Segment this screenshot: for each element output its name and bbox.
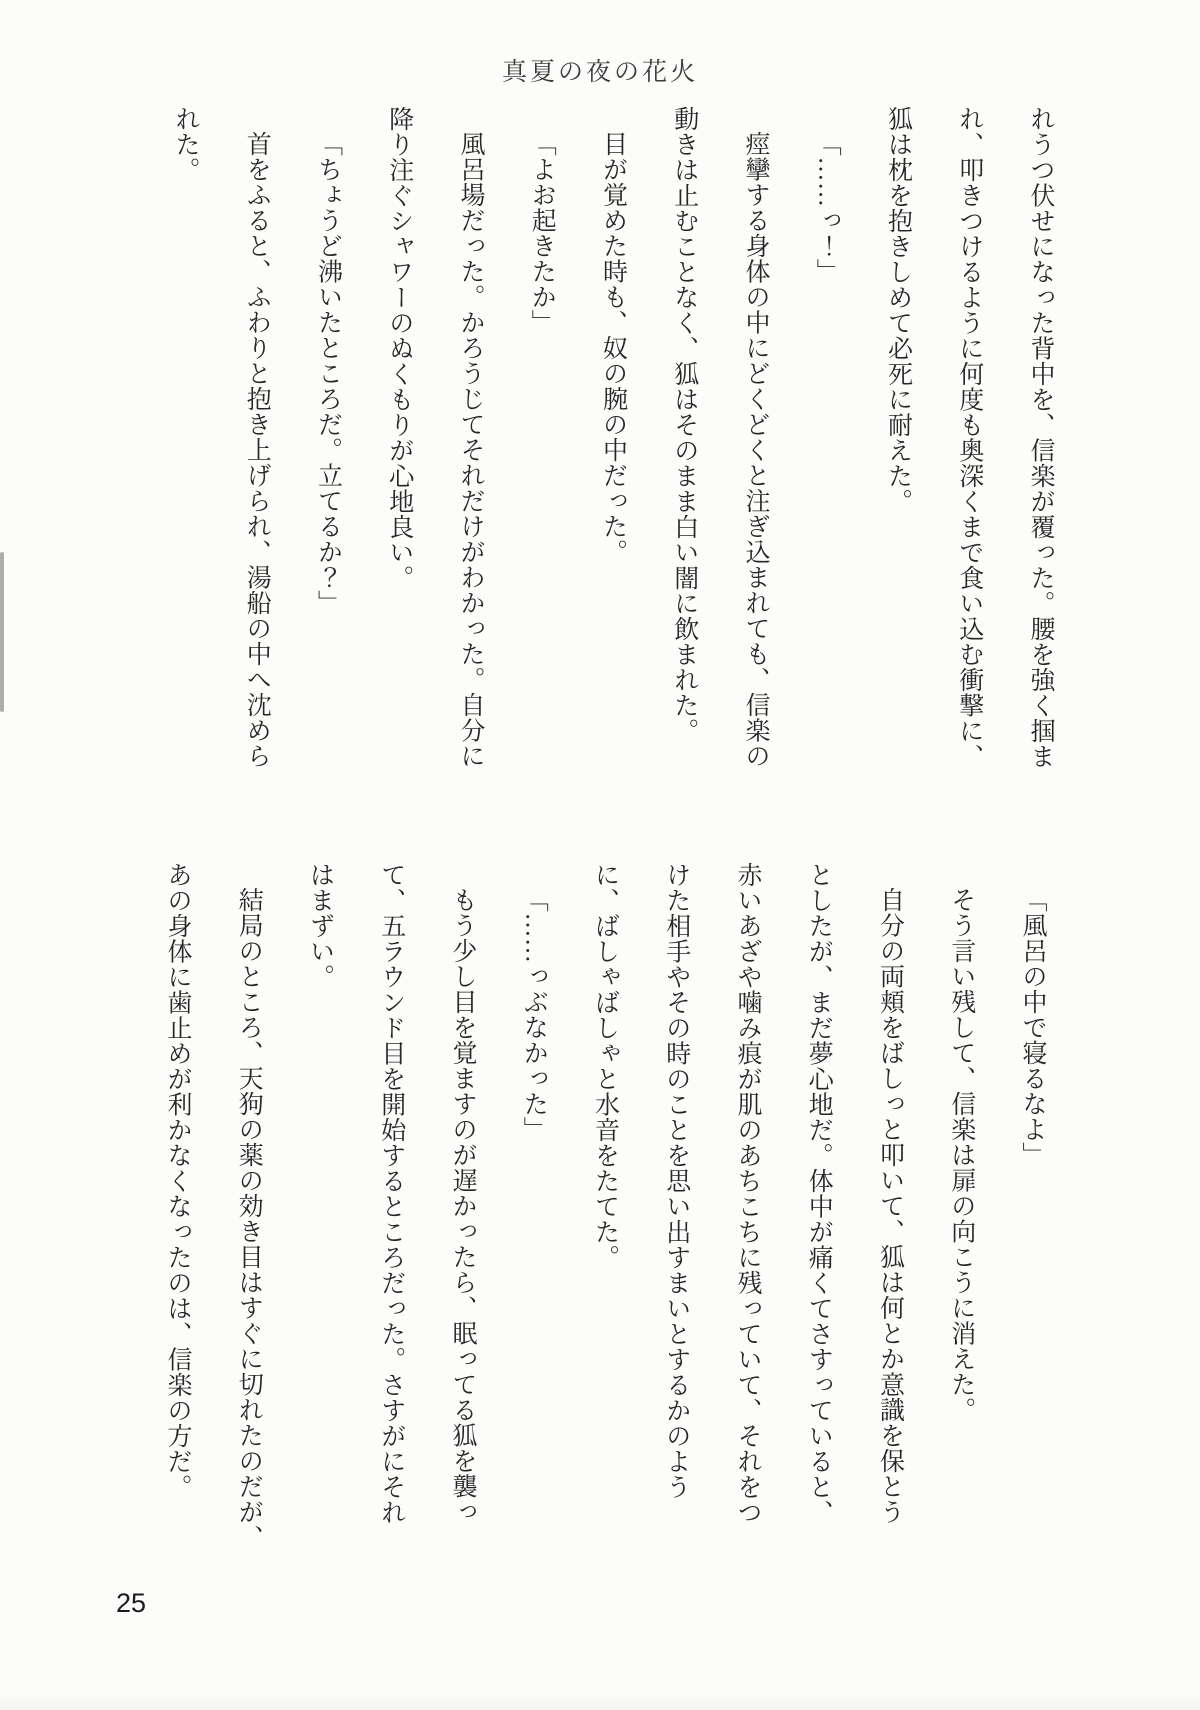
text-line: 結局のところ、天狗の薬の効き目はすぐに切れたのだが、 [213, 862, 284, 1574]
scan-artifact-left-edge [0, 552, 4, 712]
text-line: あの身体に歯止めが利かなくなったのは、信楽の方だ。 [142, 862, 213, 1574]
text-line: 「よお起きたか」 [506, 106, 577, 818]
text-line: 動きは止むことなく、狐はそのまま白い闇に飲まれた。 [649, 106, 720, 818]
text-line: 風呂場だった。かろうじてそれだけがわかった。自分に [435, 106, 506, 818]
text-line: 目が覚めた時も、奴の腕の中だった。 [577, 106, 648, 818]
text-line: れうつ伏せになった背中を、信楽が覆った。腰を強く掴ま [1005, 106, 1076, 818]
text-line: れ、叩きつけるように何度も奥深くまで食い込む衝撃に、 [934, 106, 1005, 818]
scanned-novel-page: 真夏の夜の花火 れうつ伏せになった背中を、信楽が覆った。腰を強く掴まれ、叩きつけ… [0, 0, 1200, 1710]
text-line: て、五ラウンド目を開始するところだった。さすがにそれ [356, 862, 427, 1574]
page-number: 25 [116, 1588, 146, 1619]
text-line: 自分の両頬をばしっと叩いて、狐は何とか意識を保とう [854, 862, 925, 1574]
lower-text-block: 「風呂の中で寝るなよ」そう言い残して、信楽は扉の向こうに消えた。自分の両頬をばし… [142, 862, 1068, 1574]
text-line: けた相手やその時のことを思い出すまいとするかのよう [641, 862, 712, 1574]
text-line: 赤いあざや噛み痕が肌のあちこちに残っていて、それをつ [712, 862, 783, 1574]
text-line: 「……っぶなかった」 [498, 862, 569, 1574]
text-line: 「ちょうど沸いたところだ。立てるか？」 [292, 106, 363, 818]
text-line: そう言い残して、信楽は扉の向こうに消えた。 [926, 862, 997, 1574]
text-line: 「風呂の中で寝るなよ」 [997, 862, 1068, 1574]
text-line: 降り注ぐシャワーのぬくもりが心地良い。 [364, 106, 435, 818]
upper-text-block: れうつ伏せになった背中を、信楽が覆った。腰を強く掴まれ、叩きつけるように何度も奥… [150, 106, 1076, 818]
text-line: に、ばしゃばしゃと水音をたてた。 [569, 862, 640, 1574]
page-title: 真夏の夜の花火 [0, 52, 1200, 88]
text-line: れた。 [150, 106, 221, 818]
scan-artifact-bottom-shade [0, 1692, 1200, 1710]
text-line: 痙攣する身体の中にどくどくと注ぎ込まれても、信楽の [720, 106, 791, 818]
text-line: もう少し目を覚ますのが遅かったら、眠ってる狐を襲っ [427, 862, 498, 1574]
text-line: 狐は枕を抱きしめて必死に耐えた。 [862, 106, 933, 818]
text-line: 首をふると、ふわりと抱き上げられ、湯船の中へ沈めら [221, 106, 292, 818]
text-line: 「……っ！」 [791, 106, 862, 818]
text-line: としたが、まだ夢心地だ。体中が痛くてさすっていると、 [783, 862, 854, 1574]
text-line: はまずい。 [284, 862, 355, 1574]
